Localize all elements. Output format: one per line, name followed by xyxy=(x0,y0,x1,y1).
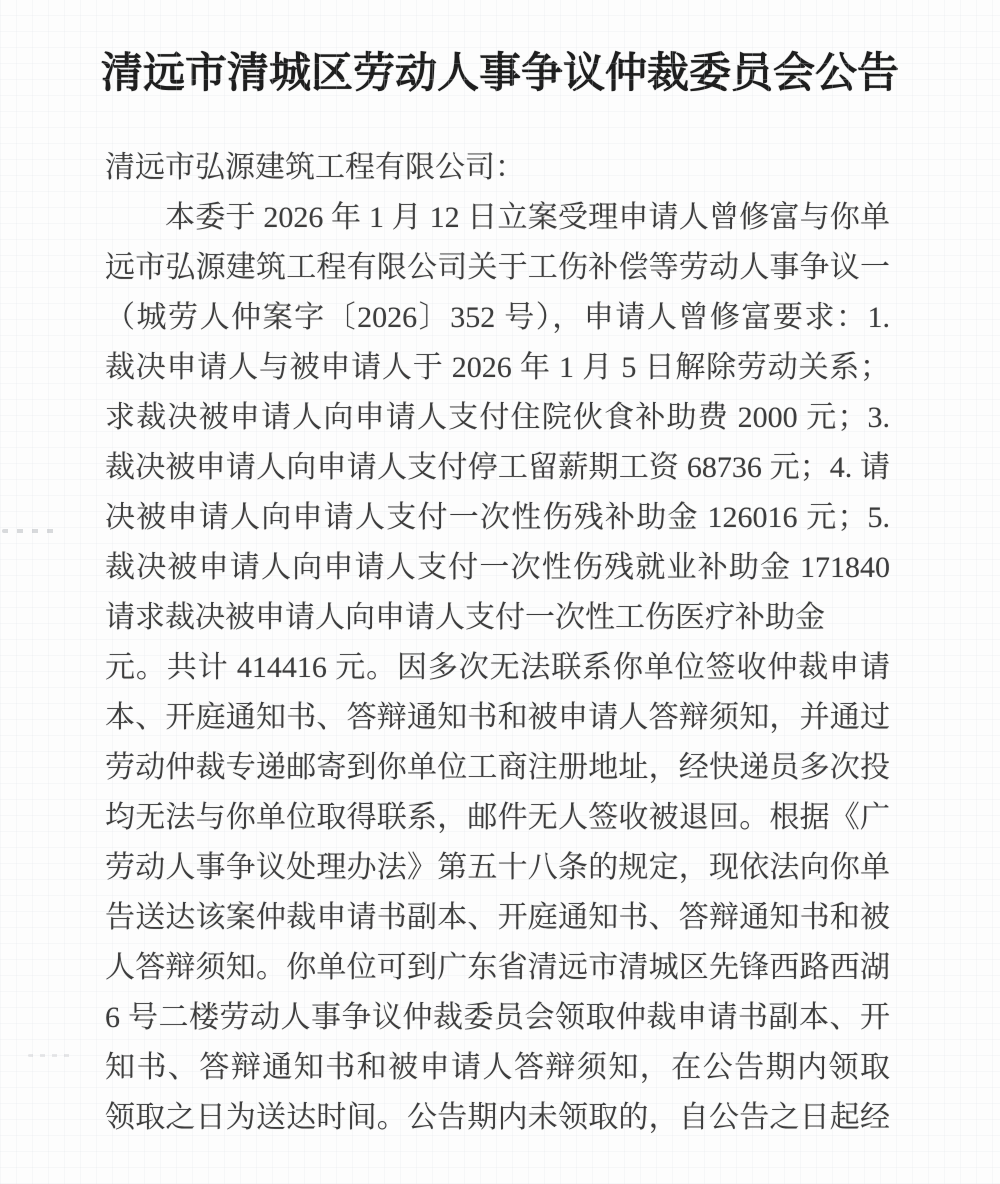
document-title: 清远市清城区劳动人事争议仲裁委员会公告 xyxy=(0,0,1000,98)
body-line: 均无法与你单位取得联系，邮件无人签收被退回。根据《广东省 xyxy=(105,793,890,843)
document-body: 清远市弘源建筑工程有限公司： 本委于 2026 年 1 月 12 日立案受理申请… xyxy=(105,143,890,1143)
body-line: 人答辩须知。你单位可到广东省清远市清城区先锋西路西湖花园 xyxy=(105,943,890,993)
body-line: 元。共计 414416 元。因多次无法联系你单位签收仲裁申请书副 xyxy=(105,643,890,693)
scan-artifact xyxy=(28,1054,72,1057)
body-line: 知书、答辩通知书和被申请人答辩须知，在公告期内领取的，以 xyxy=(105,1043,890,1093)
body-line: （城劳人仲案字〔2026〕352 号），申请人曾修富要求：1. 请求 xyxy=(105,293,890,343)
document-page: 清远市清城区劳动人事争议仲裁委员会公告 清远市弘源建筑工程有限公司： 本委于 2… xyxy=(0,0,1000,1184)
body-line: 裁决被申请人向申请人支付停工留薪期工资 68736 元；4. 请求裁 xyxy=(105,443,890,493)
body-line: 裁决申请人与被申请人于 2026 年 1 月 5 日解除劳动关系；2. 请 xyxy=(105,343,890,393)
body-line: 本、开庭通知书、答辩通知书和被申请人答辩须知，并通过 EMS xyxy=(105,693,890,743)
salutation-line: 清远市弘源建筑工程有限公司： xyxy=(105,143,890,193)
body-line: 6 号二楼劳动人事争议仲裁委员会领取仲裁申请书副本、开庭通 xyxy=(105,993,890,1043)
body-line: 决被申请人向申请人支付一次性伤残补助金 126016 元；5. 请求 xyxy=(105,493,890,543)
body-line: 本委于 2026 年 1 月 12 日立案受理申请人曾修富与你单位清 xyxy=(105,193,890,243)
body-line: 裁决被申请人向申请人支付一次性伤残就业补助金 171840 元；6. xyxy=(105,543,890,593)
body-line: 远市弘源建筑工程有限公司关于工伤补偿等劳动人事争议一案 xyxy=(105,243,890,293)
body-line: 请求裁决被申请人向申请人支付一次性工伤医疗补助金 45824 xyxy=(105,593,890,643)
body-line: 告送达该案仲裁申请书副本、开庭通知书、答辩通知书和被申请 xyxy=(105,893,890,943)
body-line: 求裁决被申请人向申请人支付住院伙食补助费 2000 元；3. 请求 xyxy=(105,393,890,443)
body-line: 劳动人事争议处理办法》第五十八条的规定，现依法向你单位公 xyxy=(105,843,890,893)
body-line: 劳动仲裁专递邮寄到你单位工商注册地址，经快递员多次投递， xyxy=(105,743,890,793)
body-line: 领取之日为送达时间。公告期内未领取的，自公告之日起经过三 xyxy=(105,1093,890,1143)
scan-artifact xyxy=(2,529,60,533)
